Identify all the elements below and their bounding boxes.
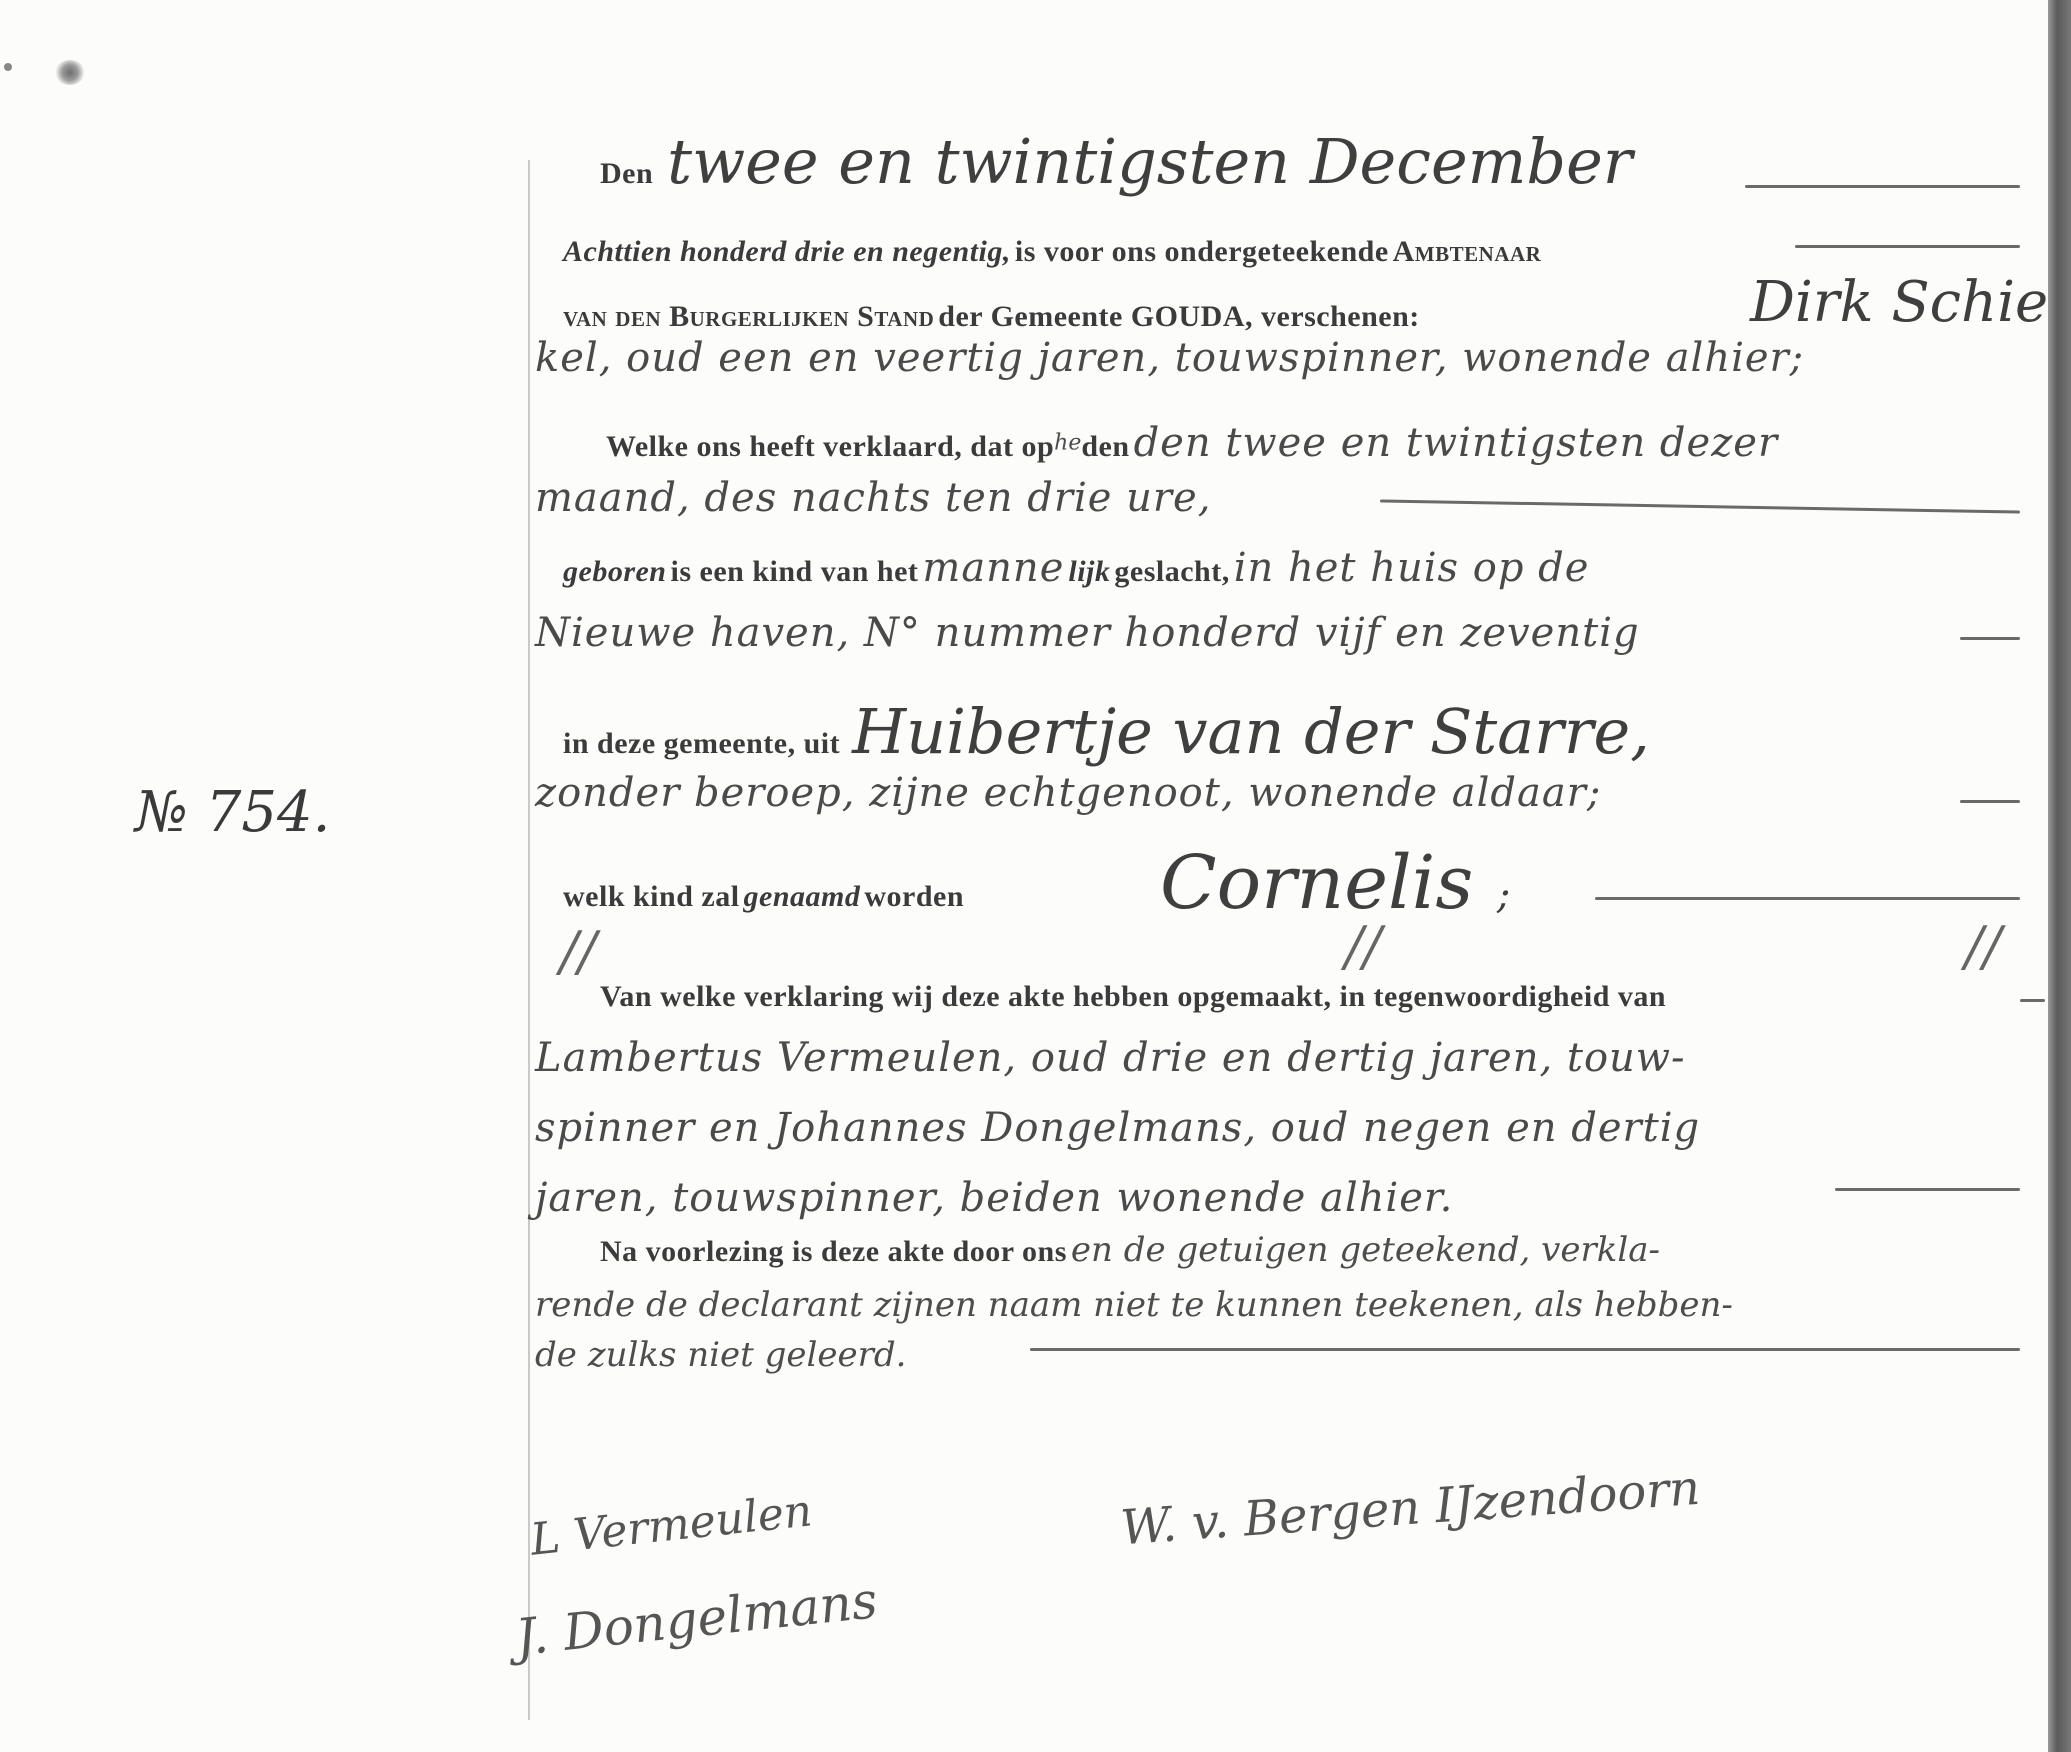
ditto-mark: // <box>1965 915 2001 978</box>
printed-text: der Gemeente GOUDA, verschenen: <box>938 300 1420 333</box>
line-reading: Na voorlezing is deze akte door ons en d… <box>600 1230 1660 1270</box>
fill-line <box>1835 1188 2020 1191</box>
printed-text: is een kind van het <box>671 555 919 588</box>
signature-witness-1: L Vermeulen <box>528 1485 814 1565</box>
printed-text: genaamd <box>744 880 861 913</box>
printed-text: Welke ons heeft verklaard, dat op <box>606 430 1054 463</box>
handwritten-mother-name: Huibertje van der Starre, <box>852 695 1650 768</box>
line-official: van den Burgerlijken Stand der Gemeente … <box>563 300 1420 334</box>
handwritten-address: Nieuwe haven, N° nummer honderd vijf en … <box>535 610 1640 656</box>
handwritten-witness-2: spinner en Johannes Dongelmans, oud nege… <box>535 1105 1700 1151</box>
line-mother: in deze gemeente, uit Huibertje van der … <box>563 695 1650 768</box>
printed-text: worden <box>864 880 964 913</box>
child-name: Cornelis <box>1160 840 1473 926</box>
printed-text: van den Burgerlijken Stand <box>563 300 934 333</box>
printed-text: in deze gemeente, uit <box>563 727 840 760</box>
fill-line <box>1745 185 2020 188</box>
printed-text: Ambtenaar <box>1393 235 1542 268</box>
ink-dot <box>4 63 12 71</box>
margin-line <box>528 160 530 1720</box>
printed-text: is voor ons ondergeteekende <box>1015 235 1389 268</box>
handwritten-witness-1: Lambertus Vermeulen, oud drie en dertig … <box>535 1035 1686 1081</box>
printed-text: Van welke verklaring wij deze akte hebbe… <box>600 980 1666 1013</box>
fill-line <box>1595 897 2020 900</box>
fill-line <box>2020 999 2045 1002</box>
ink-smudge <box>55 60 85 85</box>
line-declared: Welke ons heeft verklaard, dat opheden d… <box>606 420 1778 466</box>
printed-text: Na voorlezing is deze akte door ons <box>600 1235 1067 1268</box>
fill-line <box>1795 245 2020 248</box>
fill-line <box>1380 499 2020 513</box>
printed-year: Achttien honderd drie en negentig, <box>563 235 1011 268</box>
handwritten-place: in het huis op de <box>1234 545 1590 591</box>
handwritten-sex: manne <box>922 545 1064 591</box>
handwritten-date: twee en twintigsten December <box>667 125 1632 198</box>
handwritten-declarant: Dirk Schie <box>1750 270 2048 335</box>
printed-text: lijk <box>1068 555 1110 588</box>
fill-line <box>1030 1348 2020 1351</box>
register-number: № 754. <box>135 780 330 845</box>
line-date: Den twee en twintigsten December <box>600 125 1632 198</box>
printed-text: geslacht, <box>1114 555 1229 588</box>
handwritten-declarant-note: rende de declarant zijnen naam niet te k… <box>535 1285 1733 1325</box>
page-edge-shadow <box>2048 0 2071 1752</box>
printed-text: welk kind zal <box>563 880 740 913</box>
printed-text: Den <box>600 157 653 190</box>
handwritten-insert: he <box>1054 431 1081 456</box>
line-child-name: welk kind zal genaamd worden <box>563 880 964 914</box>
signature-official: W. v. Bergen IJzendoorn <box>1119 1460 1702 1556</box>
handwritten-mother-details: zonder beroep, zijne echtgenoot, wonende… <box>535 770 1601 816</box>
ditto-mark: // <box>560 920 596 983</box>
fill-line <box>1960 637 2020 640</box>
ditto-mark: // <box>1345 915 1381 978</box>
line-witnesses-intro: Van welke verklaring wij deze akte hebbe… <box>600 980 1666 1014</box>
line-year: Achttien honderd drie en negentig, is vo… <box>563 235 1541 269</box>
handwritten-declarant-details: kel, oud een en veertig jaren, touwspinn… <box>535 335 1804 381</box>
handwritten-witness-details: jaren, touwspinner, beiden wonende alhie… <box>535 1175 1453 1221</box>
handwritten-closing: de zulks niet geleerd. <box>535 1335 906 1375</box>
fill-line <box>1960 800 2020 803</box>
handwritten-child-name: Cornelis ; <box>1160 840 1510 926</box>
printed-text: den <box>1081 430 1129 463</box>
semicolon: ; <box>1497 872 1510 918</box>
handwritten-birthdate: den twee en twintigsten dezer <box>1134 420 1779 466</box>
line-born: geboren is een kind van het manne lijk g… <box>563 545 1589 591</box>
handwritten-signing-note: en de getuigen geteekend, verkla- <box>1071 1230 1660 1270</box>
document-page: № 754. Den twee en twintigsten December … <box>0 0 2071 1752</box>
handwritten-birthtime: maand, des nachts ten drie ure, <box>535 475 1211 521</box>
signature-witness-2: J. Dongelmans <box>513 1571 880 1667</box>
printed-text: geboren <box>563 555 667 588</box>
